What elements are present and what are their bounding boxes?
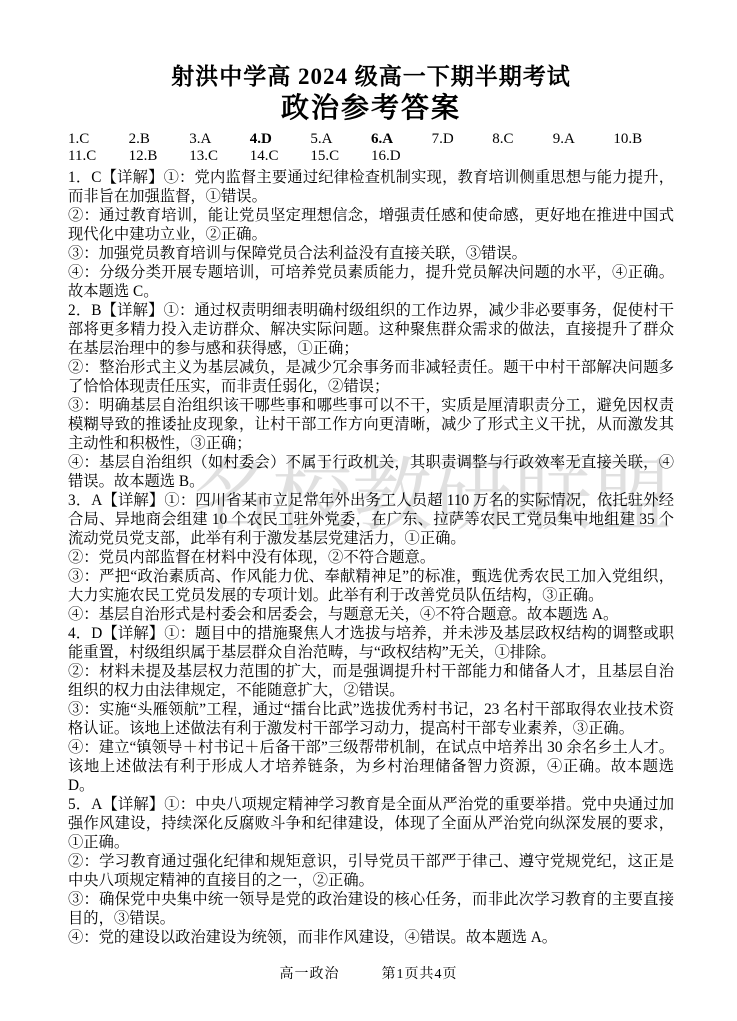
answer-cell: 8.C xyxy=(492,131,553,148)
explanation-paragraph: 1．C【详解】①：党内监督主要通过纪律检查机制实现，教育培训侧重思想与能力提升，… xyxy=(68,168,674,206)
explanation-paragraph: ②：材料未提及基层权力范围的扩大，而是强调提升村干部能力和储备人才，且基层自治组… xyxy=(68,662,674,700)
explanation-question-5: 5．A【详解】①：中央八项规定精神学习教育是全面从严治党的重要举措。党中央通过加… xyxy=(68,795,674,947)
explanation-paragraph: 2．B【详解】①：通过权责明细表明确村级组织的工作边界，减少非必要事务，促使村干… xyxy=(68,301,674,358)
explanation-paragraph: ②：学习教育通过强化纪律和规矩意识，引导党员干部严于律己、遵守党规党纪，这正是中… xyxy=(68,852,674,890)
footer-course: 高一政治 xyxy=(280,967,340,982)
answer-cell: 12.B xyxy=(129,148,190,165)
explanation-paragraph: ③：加强党员教育培训与保障党员合法利益没有直接关联，③错误。 xyxy=(68,244,674,263)
explanation-paragraph: 4．D【详解】①：题目中的措施聚焦人才选拔与培养，并未涉及基层政权结构的调整或职… xyxy=(68,624,674,662)
explanation-paragraph: ③：明确基层自治组织该干哪些事和哪些事可以不干，实质是厘清职责分工，避免因权责模… xyxy=(68,396,674,453)
explanation-paragraph: ③：实施“头雁领航”工程，通过“擂台比武”选拔优秀村书记，23 名村干部取得农业… xyxy=(68,700,674,738)
explanations: 1．C【详解】①：党内监督主要通过纪律检查机制实现，教育培训侧重思想与能力提升，… xyxy=(68,168,674,947)
answer-cell: 11.C xyxy=(68,148,129,165)
explanation-question-4: 4．D【详解】①：题目中的措施聚焦人才选拔与培养，并未涉及基层政权结构的调整或职… xyxy=(68,624,674,795)
explanation-paragraph: ④：建立“镇领导＋村书记＋后备干部”三级帮带机制，在试点中培养出 30 余名乡土… xyxy=(68,738,674,795)
answer-cell: 3.A xyxy=(189,131,250,148)
answer-cell: 7.D xyxy=(432,131,493,148)
answer-key-row-1: 1.C 2.B 3.A 4.D 5.A 6.A 7.D 8.C 9.A 10.B xyxy=(68,131,674,148)
explanation-paragraph: ④：基层自治形式是村委会和居委会，与题意无关，④不符合题意。故本题选 A。 xyxy=(68,605,674,624)
answer-cell: 4.D xyxy=(250,131,311,148)
answers-subtitle: 政治参考答案 xyxy=(68,92,674,126)
explanation-question-2: 2．B【详解】①：通过权责明细表明确村级组织的工作边界，减少非必要事务，促使村干… xyxy=(68,301,674,491)
footer-page-info: 第1页共4页 xyxy=(382,967,458,982)
answer-cell: 1.C xyxy=(68,131,129,148)
answer-cell: 15.C xyxy=(310,148,371,165)
explanation-paragraph: ④：党的建设以政治建设为统领，而非作风建设，④错误。故本题选 A。 xyxy=(68,928,674,947)
answer-cell: 2.B xyxy=(129,131,190,148)
answer-cell: 5.A xyxy=(310,131,371,148)
explanation-paragraph: 5．A【详解】①：中央八项规定精神学习教育是全面从严治党的重要举措。党中央通过加… xyxy=(68,795,674,852)
explanation-paragraph: ④：分级分类开展专题培训，可培养党员素质能力，提升党员解决问题的水平，④正确。故… xyxy=(68,263,674,301)
explanation-question-1: 1．C【详解】①：党内监督主要通过纪律检查机制实现，教育培训侧重思想与能力提升，… xyxy=(68,168,674,301)
explanation-question-3: 3．A【详解】①：四川省某市立足常年外出务工人员超 110 万名的实际情况，依托… xyxy=(68,491,674,624)
exam-title: 射洪中学高 2024 级高一下期半期考试 xyxy=(68,62,674,92)
explanation-paragraph: ②：通过教育培训，能让党员坚定理想信念，增强责任感和使命感，更好地在推进中国式现… xyxy=(68,206,674,244)
explanation-paragraph: ②：整治形式主义为基层减负，是减少冗余事务而非减轻责任。题干中村干部解决问题多了… xyxy=(68,358,674,396)
answer-cell: 14.C xyxy=(250,148,311,165)
explanation-paragraph: 3．A【详解】①：四川省某市立足常年外出务工人员超 110 万名的实际情况，依托… xyxy=(68,491,674,548)
explanation-paragraph: ④：基层自治组织（如村委会）不属于行政机关，其职责调整与行政效率无直接关联，④错… xyxy=(68,453,674,491)
answer-key-page: 名校教研联盟 射洪中学高 2024 级高一下期半期考试 政治参考答案 1.C 2… xyxy=(0,0,737,1021)
explanation-paragraph: ③：严把“政治素质高、作风能力优、奉献精神足”的标准，甄选优秀农民工加入党组织，… xyxy=(68,567,674,605)
answer-cell: 6.A xyxy=(371,131,432,148)
answer-cell: 10.B xyxy=(613,131,674,148)
page-footer: 高一政治第1页共4页 xyxy=(0,966,737,984)
explanation-paragraph: ③：确保党中央集中统一领导是党的政治建设的核心任务，而非此次学习教育的主要直接目… xyxy=(68,890,674,928)
answer-key-row-2: 11.C 12.B 13.C 14.C 15.C 16.D xyxy=(68,148,674,165)
answer-cell: 9.A xyxy=(553,131,614,148)
answer-cell: 16.D xyxy=(371,148,432,165)
page-content: 射洪中学高 2024 级高一下期半期考试 政治参考答案 1.C 2.B 3.A … xyxy=(68,62,674,947)
explanation-paragraph: ②：党员内部监督在材料中没有体现，②不符合题意。 xyxy=(68,548,674,567)
answer-cell: 13.C xyxy=(189,148,250,165)
